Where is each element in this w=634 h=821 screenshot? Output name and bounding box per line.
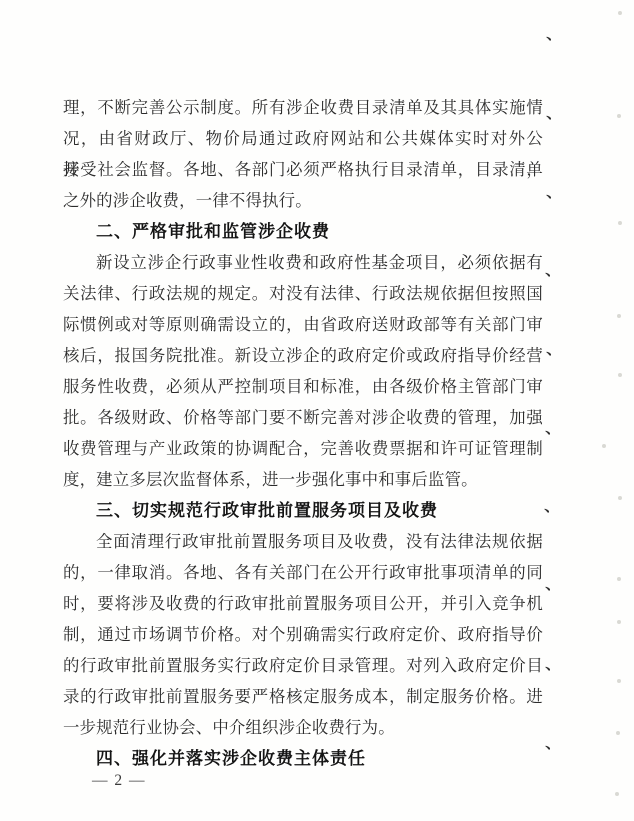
body-line: 理，不断完善公示制度。所有涉企收费目录清单及其具体实施情 — [63, 92, 543, 123]
body-line: 录的行政审批前置服务要严格核定服务成本，制定服务价格。进 — [63, 681, 543, 712]
body-line: 之外的涉企收费，一律不得执行。 — [63, 185, 543, 216]
section-heading-3: 三、切实规范行政审批前置服务项目及收费 — [63, 495, 543, 526]
scan-speck — [616, 731, 620, 735]
scan-speck — [618, 11, 622, 15]
document-body: 理，不断完善公示制度。所有涉企收费目录清单及其具体实施情 况，由省财政厅、物价局… — [63, 92, 543, 774]
body-line: 新设立涉企行政事业性收费和政府性基金项目，必须依据有 — [63, 247, 543, 278]
body-line: 的行政审批前置服务实行政府定价目录管理。对列入政府定价目 — [63, 650, 543, 681]
scanned-document-page: 理，不断完善公示制度。所有涉企收费目录清单及其具体实施情 况，由省财政厅、物价局… — [0, 0, 634, 821]
scan-speck — [618, 496, 622, 500]
body-line: 服务性收费，必须从严控制项目和标准，由各级价格主管部门审 — [63, 371, 543, 402]
scan-speck — [617, 314, 621, 318]
scan-speck — [617, 620, 621, 624]
body-line: 度，建立多层次监督体系，进一步强化事中和事后监管。 — [63, 464, 543, 495]
scan-speck — [617, 114, 621, 118]
body-line: 关法律、行政法规的规定。对没有法律、行政法规依据但按照国 — [63, 278, 543, 309]
margin-comma-mark: 、 — [544, 420, 560, 436]
page-number: — 2 — — [92, 771, 146, 791]
body-line: 制，通过市场调节价格。对个别确需实行政府定价、政府指导价 — [63, 619, 543, 650]
margin-comma-mark: 、 — [544, 735, 560, 751]
body-line: 的，一律取消。各地、各有关部门在公开行政审批事项清单的同 — [63, 557, 543, 588]
body-line: 批。各级财政、价格等部门要不断完善对涉企收费的管理，加强 — [63, 402, 543, 433]
section-heading-2: 二、严格审批和监管涉企收费 — [63, 216, 543, 247]
margin-comma-mark: 、 — [544, 262, 560, 278]
body-line: 接受社会监督。各地、各部门必须严格执行目录清单，目录清单 — [63, 154, 543, 185]
body-line: 核后，报国务院批准。新设立涉企的政府定价或政府指导价经营 — [63, 340, 543, 371]
margin-comma-mark: 、 — [543, 498, 559, 514]
margin-comma-mark: 、 — [545, 26, 561, 42]
scan-speck — [618, 221, 622, 225]
scan-speck — [617, 577, 621, 581]
margin-comma-mark: 、 — [544, 656, 560, 672]
margin-comma-mark: 、 — [544, 576, 560, 592]
body-line: 一步规范行业协会、中介组织涉企收费行为。 — [63, 712, 543, 743]
body-line: 时，要将涉及收费的行政审批前置服务项目公开，并引入竞争机 — [63, 588, 543, 619]
margin-comma-mark: 、 — [545, 184, 561, 200]
margin-comma-mark: 、 — [545, 105, 561, 121]
body-line: 际惯例或对等原则确需设立的，由省政府送财政部等有关部门审 — [63, 309, 543, 340]
scan-speck — [615, 792, 619, 796]
scan-speck — [617, 679, 621, 683]
body-line: 收费管理与产业政策的协调配合，完善收费票据和许可证管理制 — [63, 433, 543, 464]
margin-comma-mark: 、 — [545, 341, 561, 357]
body-line: 全面清理行政审批前置服务项目及收费，没有法律法规依据 — [63, 526, 543, 557]
section-heading-4: 四、强化并落实涉企收费主体责任 — [63, 743, 543, 774]
body-line: 况，由省财政厅、物价局通过政府网站和公共媒体实时对外公开， — [63, 123, 543, 154]
scan-speck — [602, 444, 606, 448]
scan-speck — [618, 373, 622, 377]
